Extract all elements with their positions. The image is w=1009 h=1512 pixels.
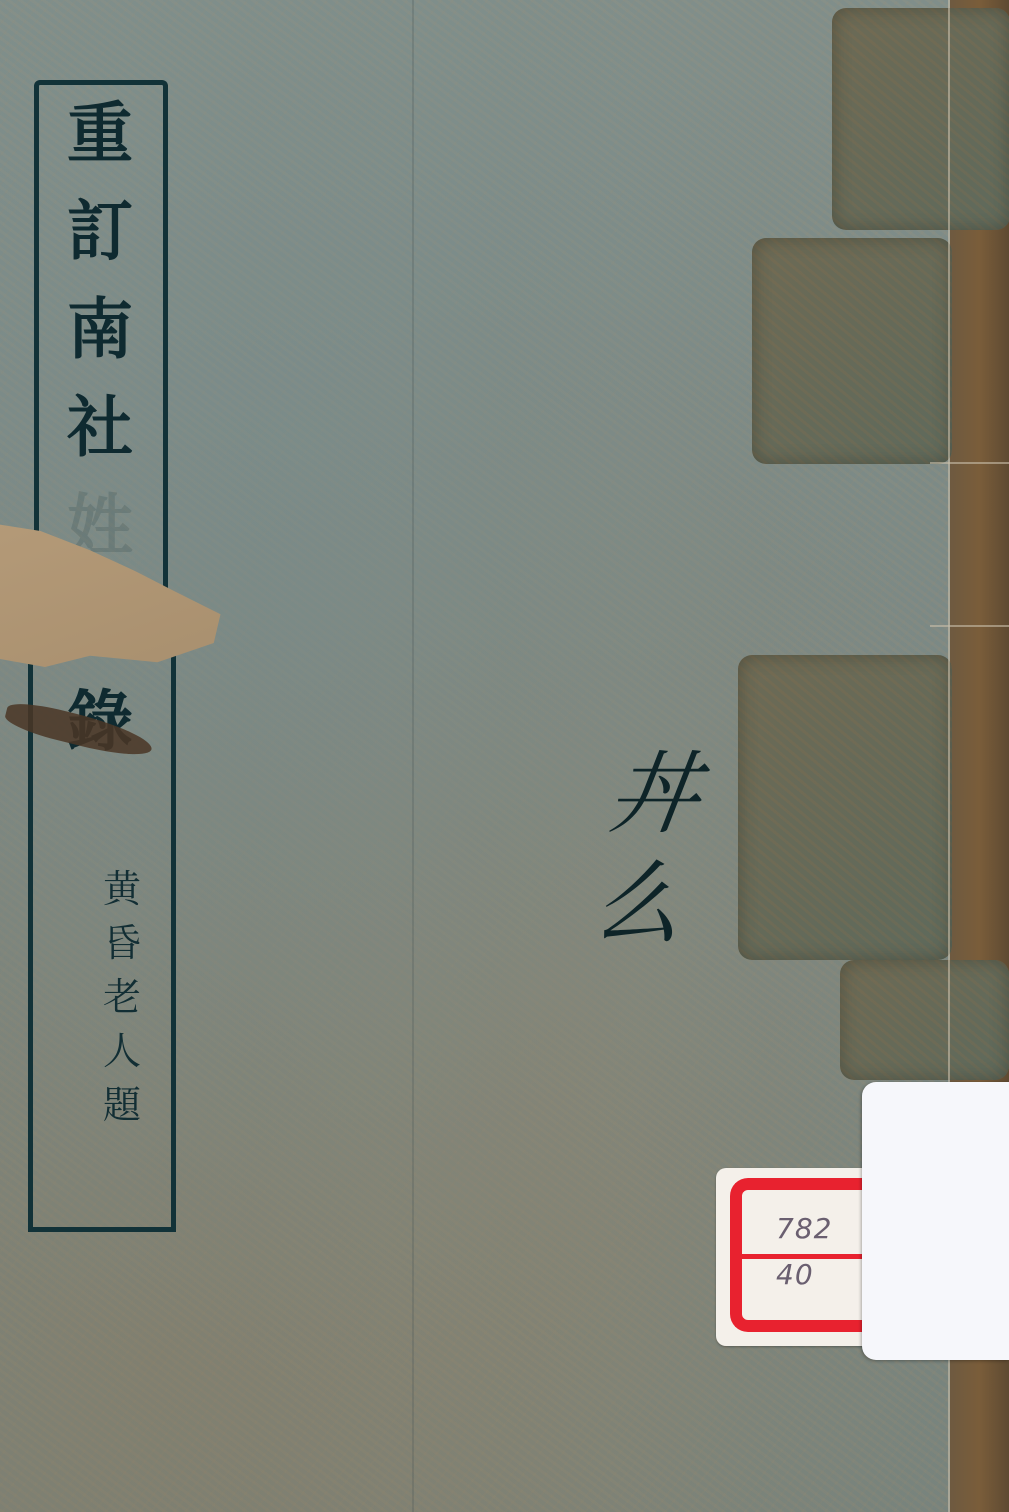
inscription-char: 黄 [103, 870, 141, 924]
call-number-line-1: 782 [776, 1212, 832, 1245]
binding-patch-upper [752, 238, 952, 464]
binding-patch-middle [738, 655, 952, 960]
call-number-line-2: 40 [776, 1258, 814, 1291]
handwritten-char: 么 [585, 860, 690, 970]
book-title: 重 訂 南 社 姓 氏 錄 [50, 100, 150, 786]
title-char: 重 [67, 100, 133, 198]
title-char: 訂 [67, 198, 133, 296]
library-call-number-label: 782 40 [716, 1168, 876, 1346]
inscription-char: 人 [103, 1032, 141, 1086]
inscription-char: 昏 [103, 924, 141, 978]
binding-patch-top [832, 8, 1009, 230]
handwritten-char: 丼 [600, 750, 705, 860]
cover-fold-line [412, 0, 414, 1512]
blank-white-label [862, 1082, 1009, 1360]
inscription-char: 題 [103, 1086, 141, 1140]
binding-patch-lower [840, 960, 1009, 1080]
title-char: 南 [67, 296, 133, 394]
title-char: 社 [67, 394, 133, 492]
inscription-char: 老 [103, 978, 141, 1032]
binding-thread [930, 462, 1009, 464]
inscription: 黄 昏 老 人 題 [92, 870, 152, 1140]
binding-thread [930, 625, 1009, 627]
